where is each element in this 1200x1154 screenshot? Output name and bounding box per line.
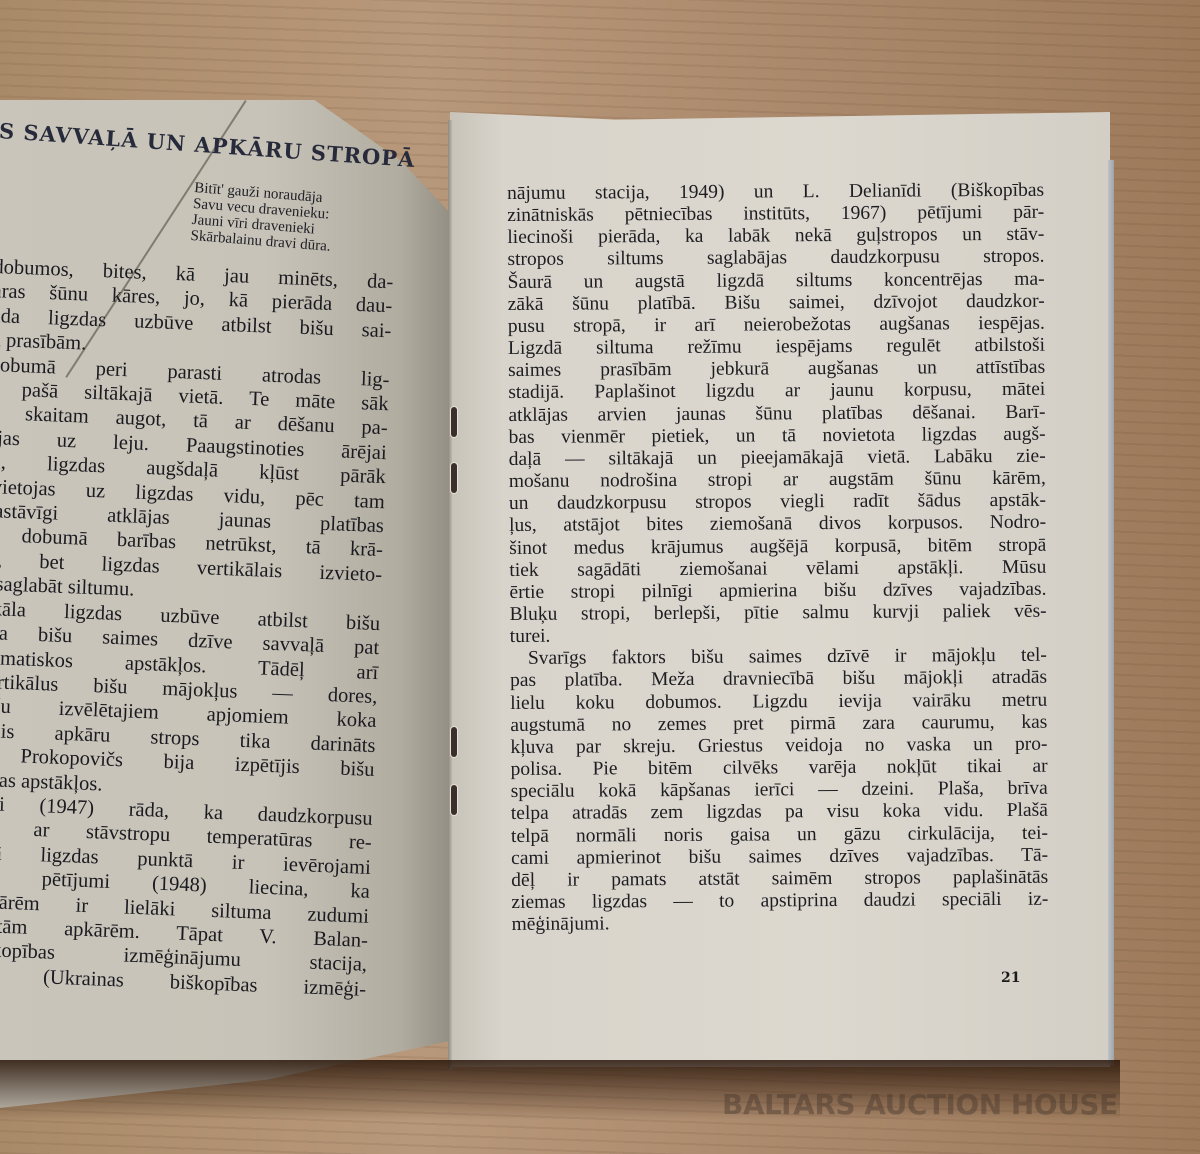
binding-stitch [451,727,457,757]
text-line: stadijā. Paplašinot ligzdu ar jaunu korp… [508,379,1045,404]
text-line: telpā normāli noris gaisa un gāzu cirkul… [511,822,1048,847]
text-line: daļā — siltākajā un pieejamākajā vietā. … [509,446,1046,471]
text-line: kļuva par skreju. Griestus veidoja no va… [510,734,1047,759]
text-line: nājumu stacija, 1949) un L. Delianīdi (B… [507,180,1044,205]
text-line: mošanu nodrošina stropi ar augstām šūnu … [509,468,1046,493]
text-line: Ligzdā siltuma režīmu iespējams regulēt … [508,335,1045,360]
text-line: pas platība. Meža dravniecībā bišu mājok… [510,667,1047,692]
text-line: liecinoši pierāda, ka labāk nekā guļstro… [507,224,1044,249]
text-line: stropos siltums saglabājas daudzkorpusu … [507,246,1044,271]
text-line: ziemas ligzdas — to apstiprina daudzi sp… [511,889,1048,914]
text-line: un daudzkorpusu stropos viegli radīt šād… [509,490,1046,515]
binding-stitch [451,463,457,493]
right-page-body: nājumu stacija, 1949) un L. Delianīdi (B… [507,180,1049,937]
binding-stitch [451,785,457,815]
page-stack-edge [1108,160,1114,1065]
text-line: speciālu kokā kāpšanas ierīci — dzeini. … [511,778,1048,803]
text-line: Svarīgs faktors bišu saimes dzīvē ir māj… [510,645,1047,670]
text-line: dēļ ir pamats atstāt saimēm stropos papl… [511,867,1048,892]
text-line: šinot medus krājumus augšējā korpusā, bi… [509,534,1046,559]
text-line: cami apmierinot bišu saimes dzīves vajad… [511,844,1048,869]
text-line: zākā šūnu platībā. Bišu saimei, dzīvojot… [508,290,1045,315]
binding-stitch [451,407,457,437]
text-line: zinātniskās pētniecības institūts, 1967)… [507,202,1044,227]
text-line: mēģinājumi. [511,911,1048,936]
text-line: turei. [510,623,1047,648]
text-line: atklājas arvien jaunas šūnu platības dēš… [508,401,1045,426]
text-line: ērtie stropi pilnīgi apmierina bišu dzīv… [509,579,1046,604]
left-page-body: dobumos, bites, kā jau minēts, da- aras … [0,255,394,1002]
text-line: telpa atradās zem ligzdas pa visu koka v… [511,800,1048,825]
text-line: bas vienmēr pietiek, un tā novietota lig… [508,423,1045,448]
text-line: tiek sagādāti ziemošanai vēlami apstākļi… [509,556,1046,581]
text-line: Šaurā un augstā ligzdā siltums koncentrē… [508,268,1045,293]
text-line: saimes prasībām jebkurā augšanas un attī… [508,357,1045,382]
text-line: pusu stropā, ir arī neierobežotas augšan… [508,313,1045,338]
text-line: ļus, atstājot bites ziemošanā divos korp… [509,512,1046,537]
page-number: 21 [1001,970,1020,986]
watermark-text: BALTARS AUCTION HOUSE [722,1088,1118,1121]
book-spine [448,120,452,1070]
text-line: polisa. Pie bitēm cilvēks varēja nokļūt … [511,756,1048,781]
text-line: Bluķu stropi, berlepši, pītie salmu kurv… [510,601,1047,626]
text-line: lielu koku dobumos. Ligzdu ievija vairāk… [510,689,1047,714]
text-line: augstumā no zemes pret pirmā zara caurum… [510,711,1047,736]
